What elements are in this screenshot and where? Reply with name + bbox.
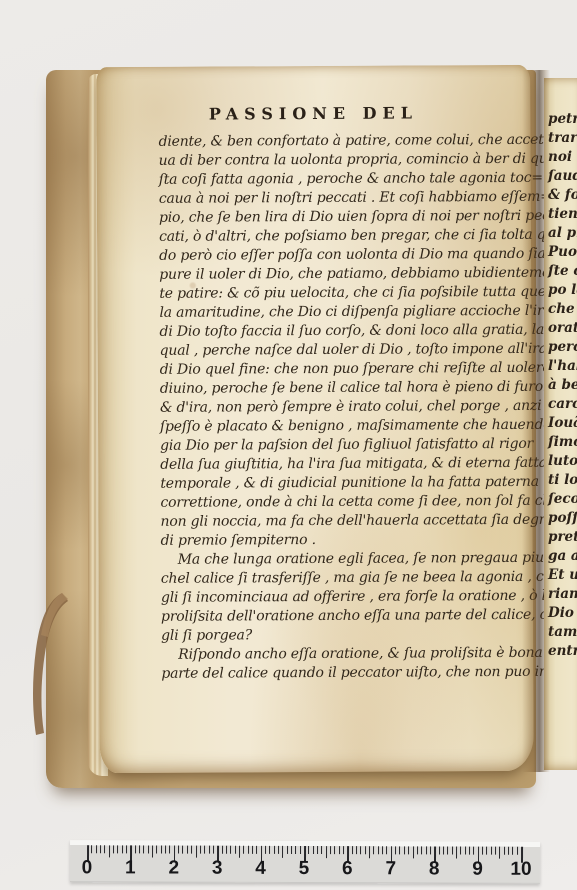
fragment-line: Puo p xyxy=(544,243,577,262)
fragment-line: ſimo po xyxy=(544,433,577,452)
ruler-tick xyxy=(456,847,457,859)
text-line: Ma che lunga oratione egli facea, ſe non… xyxy=(161,549,527,570)
fragment-line: poſſono xyxy=(544,509,577,528)
ruler-tick xyxy=(508,847,509,855)
ruler-tick xyxy=(265,846,266,854)
text-line: ua di ber contra la uolonta propria, com… xyxy=(159,150,525,171)
ruler-ticks: 012345678910 xyxy=(70,840,540,884)
ruler-tick xyxy=(426,846,427,854)
fragment-line: tiene in xyxy=(544,205,577,224)
ruler-tick xyxy=(504,847,505,855)
ruler-tick xyxy=(404,846,405,854)
page-text: diente, & ben confortato à patire, come … xyxy=(158,131,527,684)
ruler-tick xyxy=(156,845,157,853)
text-line: parte del calice quando il peccator uiſt… xyxy=(161,663,527,684)
ruler-tick xyxy=(239,846,240,858)
ruler-tick xyxy=(252,846,253,854)
ruler-tick xyxy=(117,845,118,853)
ruler-tick xyxy=(430,846,431,854)
ruler-tick xyxy=(439,846,440,854)
right-page: petrartrare unoi norſaudito& forſetiene … xyxy=(544,78,577,770)
left-page: PASSIONE DEL diente, & ben confortato à … xyxy=(96,65,534,773)
fragment-line: ſte coſe xyxy=(544,262,577,281)
ruler-tick xyxy=(300,846,301,854)
text-line: della ſua giuſtitia, ha l'ira ſua mitiga… xyxy=(160,454,526,475)
ruler-tick xyxy=(343,846,344,854)
ruler-tick xyxy=(256,846,257,854)
ruler-tick xyxy=(399,846,400,854)
ruler: 012345678910 xyxy=(70,840,540,884)
fragment-line: ti lochi xyxy=(544,471,577,490)
ruler-tick xyxy=(408,846,409,854)
ruler-tick xyxy=(148,845,149,853)
leather-tie xyxy=(18,575,78,765)
ruler-tick xyxy=(204,846,205,854)
ruler-number: 9 xyxy=(472,859,483,881)
ruler-tick xyxy=(243,846,244,854)
fragment-line: tament xyxy=(544,623,577,642)
ruler-tick xyxy=(269,846,270,854)
ruler-tick xyxy=(126,845,127,853)
ruler-tick xyxy=(139,845,140,853)
ruler-number: 10 xyxy=(510,859,531,881)
fragment-line: che pa xyxy=(544,300,577,319)
ruler-number: 6 xyxy=(342,858,353,880)
ruler-tick xyxy=(295,846,296,854)
ruler-number: 3 xyxy=(212,858,223,880)
ruler-tick xyxy=(326,846,327,858)
ruler-tick xyxy=(473,847,474,855)
ruler-tick xyxy=(230,846,231,854)
fragment-line: ſecondo xyxy=(544,490,577,509)
ruler-tick xyxy=(196,846,197,858)
ruler-tick xyxy=(382,846,383,854)
ruler-tick xyxy=(165,846,166,854)
ruler-tick xyxy=(113,845,114,853)
fragment-line: petrar xyxy=(544,110,577,129)
fragment-line: l'habb xyxy=(544,357,577,376)
text-line: non gli noccia, ma fa che dell'hauerla a… xyxy=(160,511,526,532)
ruler-tick xyxy=(339,846,340,854)
ruler-tick xyxy=(443,846,444,854)
ruler-number: 2 xyxy=(168,858,179,880)
ruler-tick xyxy=(278,846,279,854)
text-line: chel calice ſi trasferiſſe , ma gia ſe n… xyxy=(161,568,527,589)
ruler-tick xyxy=(291,846,292,854)
ruler-tick xyxy=(495,847,496,855)
text-line: gli ſi incominciaua ad offerire , era fo… xyxy=(161,587,527,608)
ruler-tick xyxy=(209,846,210,854)
ruler-tick xyxy=(152,845,153,857)
ruler-tick xyxy=(91,845,92,853)
text-line: di premio ſempiterno . xyxy=(161,530,527,551)
ruler-tick xyxy=(447,846,448,854)
ruler-tick xyxy=(334,846,335,854)
text-line: diente, & ben confortato à patire, come … xyxy=(158,131,524,152)
text-line: pio, che ſe ben lira di Dio uien ſopra d… xyxy=(159,207,525,228)
ruler-tick xyxy=(317,846,318,854)
fragment-line: Dio ci xyxy=(544,604,577,623)
text-line: di Dio toſto faccia il ſuo corſo, & doni… xyxy=(159,321,525,342)
text-line: ſpeſſo è placato & benigno , maſsimament… xyxy=(160,416,526,437)
fragment-line: luto,ch xyxy=(544,452,577,471)
fragment-line: & forſe xyxy=(544,186,577,205)
text-line: pure il uoler di Dio, che patiamo, debbi… xyxy=(159,264,525,285)
ruler-tick xyxy=(222,846,223,854)
ruler-tick xyxy=(491,847,492,855)
ruler-tick xyxy=(135,845,136,853)
text-line: temporale , & di giudicial punitione la … xyxy=(160,473,526,494)
photo-backdrop: PASSIONE DEL diente, & ben confortato à … xyxy=(0,0,577,890)
ruler-tick xyxy=(413,846,414,858)
ruler-tick xyxy=(178,846,179,854)
fragment-line: po la ſ xyxy=(544,281,577,300)
fragment-line: riamo xyxy=(544,585,577,604)
ruler-number: 1 xyxy=(125,857,136,879)
fragment-line: ga alla xyxy=(544,547,577,566)
ruler-tick xyxy=(486,847,487,855)
ruler-tick xyxy=(308,846,309,854)
ruler-tick xyxy=(373,846,374,854)
ruler-tick xyxy=(226,846,227,854)
ruler-tick xyxy=(122,845,123,853)
fragment-line: Iouãni xyxy=(544,414,577,433)
text-line: la amaritudine, che Dio ci diſpenſa pigl… xyxy=(159,302,525,323)
fragment-line: ſaudito xyxy=(544,167,577,186)
ruler-tick xyxy=(248,846,249,854)
ruler-tick xyxy=(182,846,183,854)
ruler-number: 8 xyxy=(429,858,440,880)
fragment-line: à bella xyxy=(544,376,577,395)
ruler-tick xyxy=(517,847,518,855)
ruler-tick xyxy=(161,845,162,853)
fragment-line: preterm xyxy=(544,528,577,547)
ruler-tick xyxy=(482,847,483,855)
fragment-line: al prep xyxy=(544,224,577,243)
ruler-tick xyxy=(421,846,422,854)
fragment-line: Et u xyxy=(544,566,577,585)
ruler-tick xyxy=(100,845,101,853)
ruler-tick xyxy=(360,846,361,854)
text-line: ſta coſi fatta agonia , peroche & ancho … xyxy=(159,169,525,190)
ruler-number: 5 xyxy=(299,858,310,880)
ruler-tick xyxy=(109,845,110,857)
ruler-tick xyxy=(417,846,418,854)
fragment-line: carci ſ xyxy=(544,395,577,414)
text-line: do però cio eſſer poſſa con uolonta di D… xyxy=(159,245,525,266)
running-header: PASSIONE DEL xyxy=(96,103,530,124)
text-line: gia Dio per la paſsion del ſuo figliuol … xyxy=(160,435,526,456)
fragment-line: noi nor xyxy=(544,148,577,167)
ruler-tick xyxy=(187,846,188,854)
text-line: & d'ira, non però ſempre è irato colui, … xyxy=(160,397,526,418)
ruler-number: 0 xyxy=(82,857,93,879)
fragment-line: trare u xyxy=(544,129,577,148)
ruler-tick xyxy=(499,847,500,859)
ruler-tick xyxy=(169,846,170,854)
ruler-tick xyxy=(386,846,387,854)
ruler-tick xyxy=(352,846,353,854)
ruler-tick xyxy=(460,847,461,855)
ruler-tick xyxy=(143,845,144,853)
text-line: cati, ò d'altri, che poſsiamo ben pregar… xyxy=(159,226,525,247)
text-line: te patire: & cõ piu uelocita, che ci ſia… xyxy=(159,283,525,304)
text-line: Riſpondo ancho eſſa oratione, & ſua prol… xyxy=(161,644,527,665)
ruler-tick xyxy=(365,846,366,854)
ruler-tick xyxy=(282,846,283,858)
ruler-tick xyxy=(469,847,470,855)
ruler-tick xyxy=(200,846,201,854)
text-line: correttione, onde à chi la cetta come ſi… xyxy=(160,492,526,513)
text-line: di Dio quel fine: che non puo ſperare ch… xyxy=(160,359,526,380)
ruler-tick xyxy=(191,846,192,854)
ruler-number: 7 xyxy=(385,858,396,880)
fragment-line: entrian xyxy=(544,642,577,661)
text-line: diuino, peroche ſe bene il calice tal ho… xyxy=(160,378,526,399)
fragment-line: oratio xyxy=(544,319,577,338)
ruler-tick xyxy=(395,846,396,854)
ruler-tick xyxy=(321,846,322,854)
ruler-tick xyxy=(287,846,288,854)
text-line: proliſsita dell'oratione ancho eſſa una … xyxy=(161,606,527,627)
ruler-tick xyxy=(274,846,275,854)
ruler-tick xyxy=(213,846,214,854)
ruler-tick xyxy=(104,845,105,853)
ruler-tick xyxy=(356,846,357,854)
ruler-tick xyxy=(369,846,370,858)
ruler-tick xyxy=(330,846,331,854)
fragment-line: perche xyxy=(544,338,577,357)
ruler-tick xyxy=(96,845,97,853)
ruler-number: 4 xyxy=(255,858,266,880)
ruler-tick xyxy=(465,847,466,855)
ruler-tick xyxy=(313,846,314,854)
text-line: caua à noi per li noſtri peccati . Et co… xyxy=(159,188,525,209)
text-line: gli ſi porgea? xyxy=(161,625,527,646)
ruler-tick xyxy=(378,846,379,854)
text-line: qual , perche naſce dal uoler di Dio , t… xyxy=(160,340,526,361)
ruler-tick xyxy=(235,846,236,854)
ruler-tick xyxy=(512,847,513,855)
ruler-tick xyxy=(452,847,453,855)
